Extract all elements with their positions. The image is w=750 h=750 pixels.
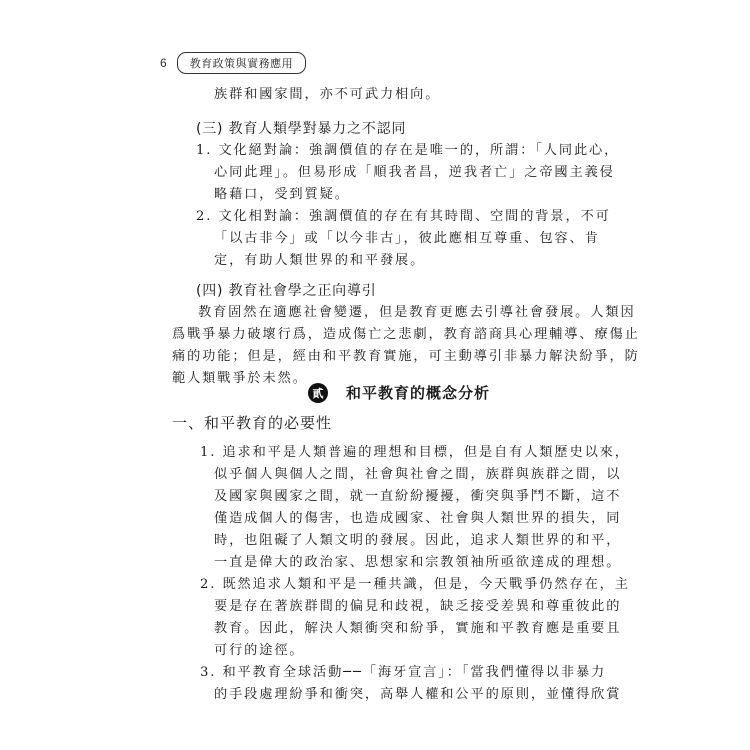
list-item-line: 要是存在著族群間的偏見和歧視，缺乏接受差異和尊重彼此的 [214,598,621,616]
list-item-line: 「以古非今」或「以今非古」，彼此應相互尊重、包容、肯 [214,230,600,248]
book-page: 6 教育政策與實務應用 族群和國家間，亦不可武力相向。 (三) 教育人類學對暴力… [0,0,750,750]
list-item-line: 心同此理」。但易形成「順我者昌，逆我者亡」之帝國主義侵 [214,164,615,182]
list-item-line: 3. 和平教育全球活動──「海牙宣言」：「當我們懂得以非暴力 [200,664,606,682]
page-number: 6 [160,56,167,70]
paragraph-line: 範人類戰爭於未然。 [172,370,308,388]
list-item-line: 可行的途徑。 [214,642,305,660]
list-item-line: 似乎個人與個人之間，社會與社會之間，族群與族群之間，以 [214,466,621,484]
page-header: 6 教育政策與實務應用 [160,52,306,74]
list-item-line: 定，有助人類世界的和平發展。 [214,252,425,270]
paragraph-line: 痛的功能；但是，經由和平教育實施，可主動導引非暴力解決紛爭，防 [172,348,640,366]
list-item-line: 2. 既然追求人類和平是一種共識，但是，今天戰爭仍然存在，主 [200,576,630,594]
list-item-line: 1. 追求和平是人類普遍的理想和目標，但是自有人類歷史以來， [200,444,630,462]
list-item-line: 的手段處理紛爭和衝突，高舉人權和公平的原則，並懂得欣賞 [214,686,621,704]
list-item-line: 1. 文化絕對論：強調價值的存在是唯一的，所謂：「人同此心， [196,142,619,160]
section-title: 貳 和平教育的概念分析 [308,382,490,403]
section-heading: 和平教育的概念分析 [346,382,490,403]
subsection-heading: (三) 教育人類學對暴力之不認同 [196,120,406,138]
paragraph-line: 族群和國家間，亦不可武力相向。 [214,86,440,104]
running-title: 教育政策與實務應用 [177,52,307,74]
list-item-line: 略藉口，受到質疑。 [214,186,350,204]
list-item-line: 一直是偉大的政治家、思想家和宗教領袖所亟欲達成的理想。 [214,554,621,572]
list-item-line: 及國家與國家之間，就一直紛紛擾擾，衝突與爭鬥不斷，這不 [214,488,621,506]
list-item-line: 教育。因此，解決人類衝突和紛爭，實施和平教育應是重要且 [214,620,621,638]
list-item-line: 2. 文化相對論：強調價值的存在有其時間、空間的背景，不可 [196,208,611,226]
section-badge: 貳 [308,383,328,403]
paragraph-line: 教育固然在適應社會變遷，但是教育更應去引導社會發展。人類因 [198,304,636,322]
list-item-line: 時，也阻礙了人類文明的發展。因此，追求人類世界的和平， [214,532,621,550]
paragraph-line: 爲戰爭暴力破壞行爲，造成傷亡之悲劇，教育諮商具心理輔導、療傷止 [172,326,640,344]
part-heading: 一、和平教育的必要性 [172,414,332,432]
subsection-heading: (四) 教育社會學之正向導引 [196,282,377,300]
list-item-line: 僅造成個人的傷害，也造成國家、社會與人類世界的損失，同 [214,510,621,528]
